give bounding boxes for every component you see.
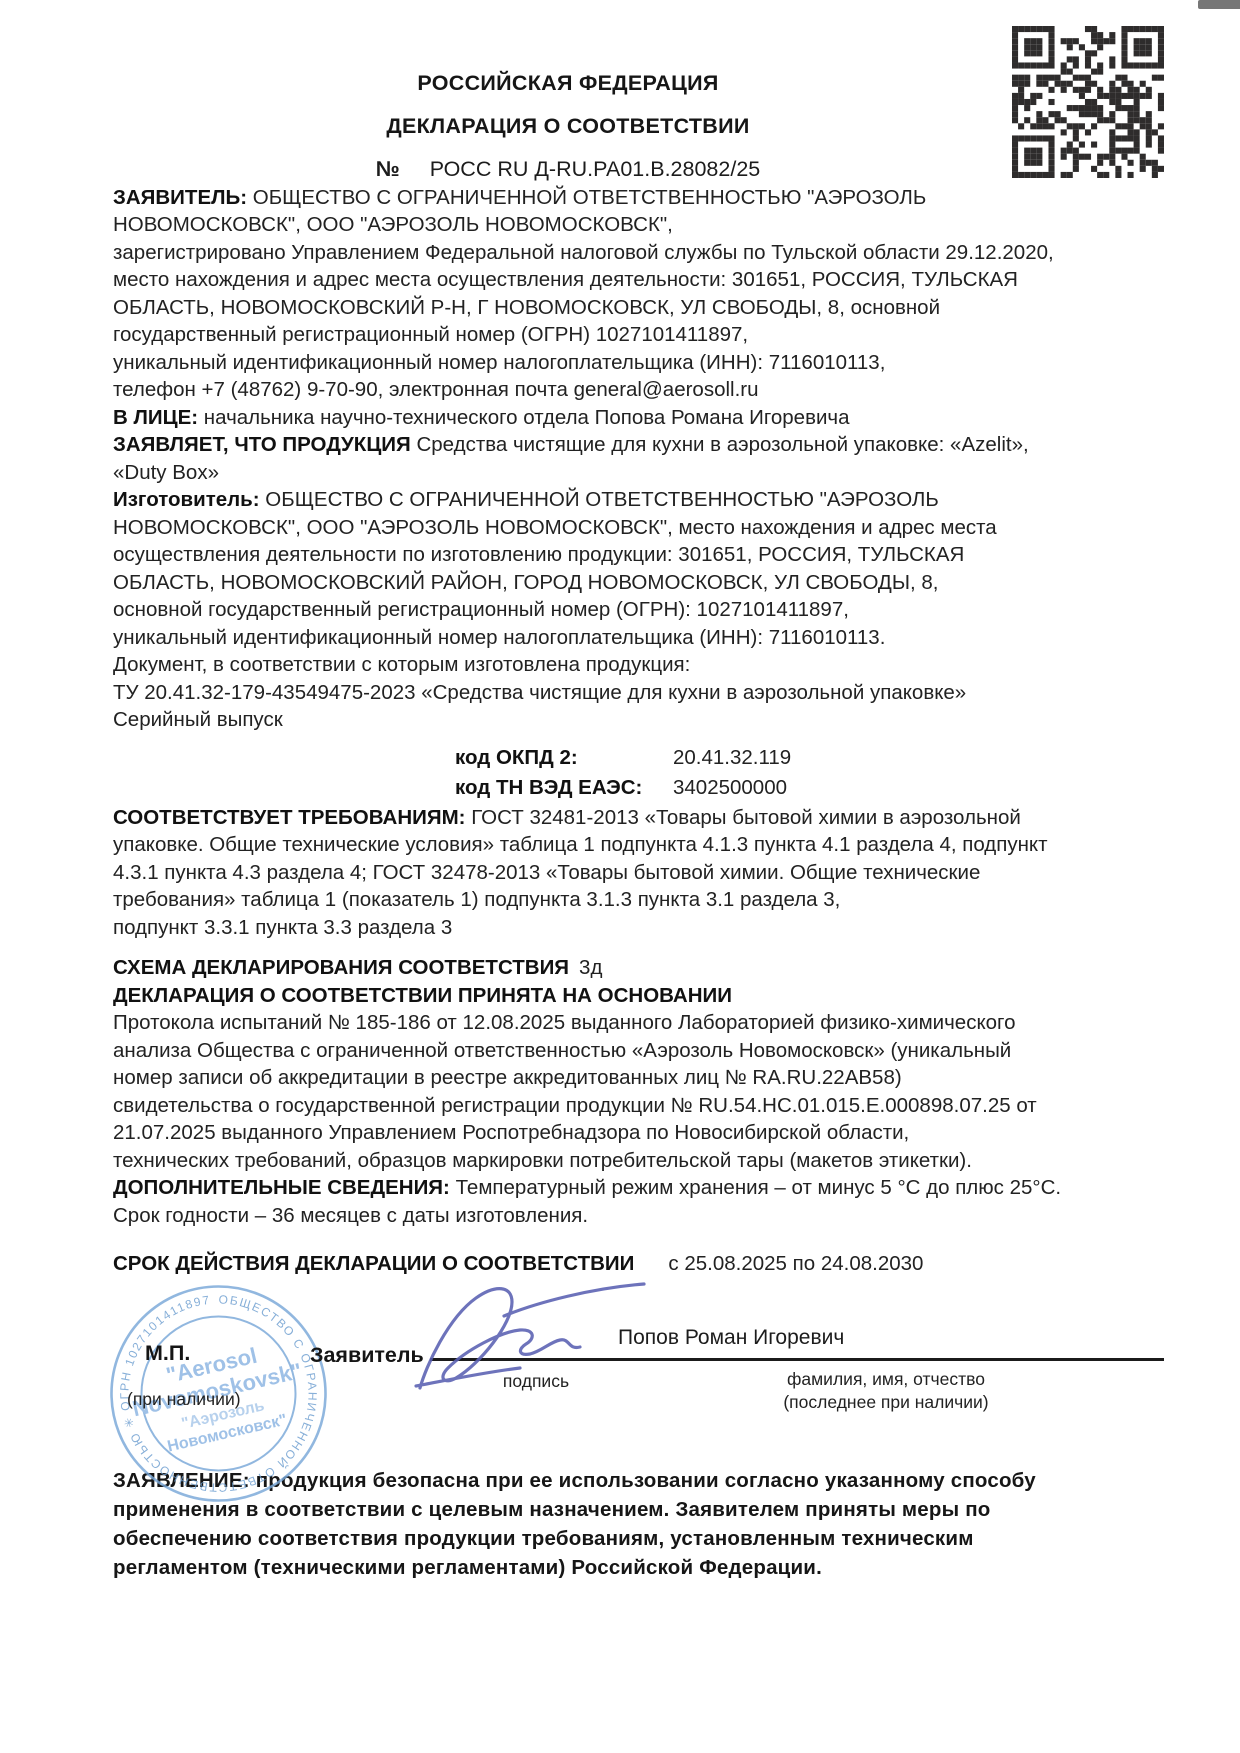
- applicant-text: ОБЩЕСТВО С ОГРАНИЧЕННОЙ ОТВЕТСТВЕННОСТЬЮ…: [113, 186, 1054, 402]
- document-title: ДЕКЛАРАЦИЯ О СООТВЕТСТВИИ: [113, 113, 1023, 141]
- document-content: РОССИЙСКАЯ ФЕДЕРАЦИЯ ДЕКЛАРАЦИЯ О СООТВЕ…: [113, 70, 1158, 1582]
- manufacturer-label: Изготовитель:: [113, 488, 260, 511]
- applicant-word: Заявитель: [310, 1342, 424, 1370]
- signature-block: ОБЩЕСТВО С ОГРАНИЧЕННОЙ ОТВЕТСТВЕННОСТЬЮ…: [113, 1298, 1158, 1466]
- product-label: ЗАЯВЛЯЕТ, ЧТО ПРОДУКЦИЯ: [113, 433, 411, 456]
- stamp-place-label: М.П.: [145, 1340, 190, 1368]
- scheme-label: СХЕМА ДЕКЛАРИРОВАНИЯ СООТВЕТСТВИЯ: [113, 956, 569, 979]
- declaration-number: РОСС RU Д-RU.РА01.В.28082/25: [430, 157, 761, 181]
- additional-label: ДОПОЛНИТЕЛЬНЫЕ СВЕДЕНИЯ:: [113, 1176, 450, 1199]
- compliance-paragraph: СООТВЕТСТВУЕТ ТРЕБОВАНИЯМ: ГОСТ 32481-20…: [113, 804, 1158, 942]
- basis-text: Протокола испытаний № 185-186 от 12.08.2…: [113, 1009, 1158, 1174]
- name-caption-line2: (последнее при наличии): [608, 1391, 1164, 1414]
- scheme-value: 3д: [579, 956, 602, 979]
- person-text: начальника научно-технического отдела По…: [204, 406, 850, 429]
- okpd-code-row: код ОКПД 2: 20.41.32.119: [455, 744, 1158, 774]
- name-line: [608, 1358, 1164, 1361]
- basis-label: ДЕКЛАРАЦИЯ О СООТВЕТСТВИИ ПРИНЯТА НА ОСН…: [113, 982, 1158, 1010]
- tnved-code-row: код ТН ВЭД ЕАЭС: 3402500000: [455, 774, 1158, 804]
- tnved-value: 3402500000: [673, 774, 787, 802]
- okpd-value: 20.41.32.119: [673, 744, 791, 772]
- name-caption-line1: фамилия, имя, отчество: [608, 1368, 1164, 1391]
- name-caption: фамилия, имя, отчество (последнее при на…: [608, 1368, 1164, 1414]
- release-type: Серийный выпуск: [113, 706, 1158, 734]
- compliance-label: СООТВЕТСТВУЕТ ТРЕБОВАНИЯМ:: [113, 806, 466, 829]
- okpd-label: код ОКПД 2:: [455, 744, 673, 772]
- document-header: РОССИЙСКАЯ ФЕДЕРАЦИЯ ДЕКЛАРАЦИЯ О СООТВЕ…: [113, 70, 1023, 184]
- declaration-number-row: №РОСС RU Д-RU.РА01.В.28082/25: [113, 156, 1023, 184]
- number-sign: №: [376, 157, 400, 181]
- scan-artifact: [1198, 0, 1240, 9]
- applicant-paragraph: ЗАЯВИТЕЛЬ: ОБЩЕСТВО С ОГРАНИЧЕННОЙ ОТВЕТ…: [113, 184, 1158, 432]
- manufacturer-text: ОБЩЕСТВО С ОГРАНИЧЕННОЙ ОТВЕТСТВЕННОСТЬЮ…: [113, 488, 997, 704]
- tnved-label: код ТН ВЭД ЕАЭС:: [455, 774, 673, 802]
- handwritten-signature: [408, 1280, 658, 1395]
- validity-label: СРОК ДЕЙСТВИЯ ДЕКЛАРАЦИИ О СООТВЕТСТВИИ: [113, 1252, 634, 1275]
- scheme-row: СХЕМА ДЕКЛАРИРОВАНИЯ СООТВЕТСТВИЯ3д: [113, 954, 1158, 982]
- additional-paragraph: ДОПОЛНИТЕЛЬНЫЕ СВЕДЕНИЯ: Температурный р…: [113, 1174, 1158, 1229]
- validity-row: СРОК ДЕЙСТВИЯ ДЕКЛАРАЦИИ О СООТВЕТСТВИИс…: [113, 1250, 1158, 1278]
- person-label: В ЛИЦЕ:: [113, 406, 198, 429]
- product-paragraph: ЗАЯВЛЯЕТ, ЧТО ПРОДУКЦИЯ Средства чистящи…: [113, 431, 1158, 706]
- country-title: РОССИЙСКАЯ ФЕДЕРАЦИЯ: [113, 70, 1023, 98]
- basis-section: ДЕКЛАРАЦИЯ О СООТВЕТСТВИИ ПРИНЯТА НА ОСН…: [113, 982, 1158, 1175]
- stamp-place-note: (при наличии): [127, 1386, 241, 1414]
- validity-dates: с 25.08.2025 по 24.08.2030: [668, 1252, 923, 1275]
- declaration-document-page: РОССИЙСКАЯ ФЕДЕРАЦИЯ ДЕКЛАРАЦИЯ О СООТВЕ…: [0, 0, 1240, 1753]
- applicant-label: ЗАЯВИТЕЛЬ:: [113, 186, 247, 209]
- codes-section: код ОКПД 2: 20.41.32.119 код ТН ВЭД ЕАЭС…: [113, 744, 1158, 804]
